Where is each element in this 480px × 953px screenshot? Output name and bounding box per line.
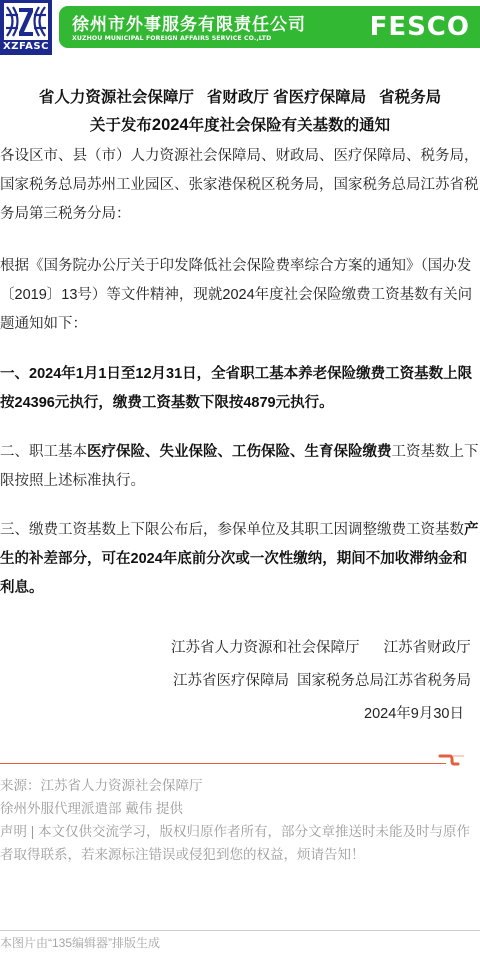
signature-line-1: 江苏省人力资源和社会保障厅 江苏省财政厅 (171, 636, 471, 657)
item-1-paragraph: 一、2024年1月1日至12月31日，全省职工基本养老保险缴费工资基数上限按24… (0, 360, 480, 418)
title-prefix: 关于发布 (90, 117, 152, 134)
item-2-lead: 二、职工基本 (0, 444, 87, 460)
intro-paragraph: 根据《国务院办公厅关于印发降低社会保险费率综合方案的通知》（国办发〔2019〕1… (0, 252, 480, 339)
source-line: 来源：江苏省人力资源社会保障厅 (0, 774, 480, 797)
signature-line-2: 江苏省医疗保障局 国家税务总局江苏省税务局 (173, 669, 471, 690)
company-name-en: XUZHOU MUNICIPAL FOREIGN AFFAIRS SERVICE… (72, 35, 271, 42)
signature-date: 2024年9月30日 (364, 702, 464, 723)
footer-divider (0, 763, 446, 764)
company-name-cn: 徐州市外事服务有限责任公司 (72, 10, 306, 35)
item-3-lead: 三、缴费工资基数上下限公布后，参保单位及其职工因调整缴费工资基数 (0, 522, 464, 538)
provider-line: 徐州外服代理派遣部 戴伟 提供 (0, 797, 480, 820)
document-issuers-title: 省人力资源社会保障厅 省财政厅 省医疗保障局 省税务局 (0, 85, 480, 107)
addressees-paragraph: 各设区市、县（市）人力资源社会保障局、财政局、医疗保障局、税务局，国家税务总局苏… (0, 142, 480, 229)
company-logo: XZFASC (0, 0, 52, 55)
title-year: 2024 (152, 116, 189, 134)
header-banner: XZFASC 徐州市外事服务有限责任公司 XUZHOU MUNICIPAL FO… (0, 0, 480, 56)
divider-hook-icon (438, 753, 464, 767)
brand-fesco: FESCO (370, 12, 470, 42)
item-2-insurance-types: 医疗保险、失业保险、工伤保险、生育保险缴费 (87, 444, 392, 460)
logo-text: XZFASC (0, 41, 52, 52)
globe-z-logo-icon (4, 3, 48, 40)
bottom-divider (0, 930, 480, 931)
document-title: 关于发布2024年度社会保险有关基数的通知 (0, 113, 480, 135)
item-2-paragraph: 二、职工基本医疗保险、失业保险、工伤保险、生育保险缴费工资基数上下限按照上述标准… (0, 438, 480, 496)
item-3-paragraph: 三、缴费工资基数上下限公布后，参保单位及其职工因调整缴费工资基数产生的补差部分，… (0, 516, 480, 603)
company-banner: 徐州市外事服务有限责任公司 XUZHOU MUNICIPAL FOREIGN A… (59, 6, 480, 48)
title-suffix: 年度社会保险有关基数的通知 (189, 117, 391, 134)
footer-notes: 来源：江苏省人力资源社会保障厅 徐州外服代理派遣部 戴伟 提供 声明 | 本文仅… (0, 774, 480, 866)
editor-credit: 本图片由“135编辑器”排版生成 (0, 934, 160, 951)
disclaimer-text: 声明 | 本文仅供交流学习，版权归原作者所有，部分文章推送时未能及时与原作者取得… (0, 820, 480, 866)
